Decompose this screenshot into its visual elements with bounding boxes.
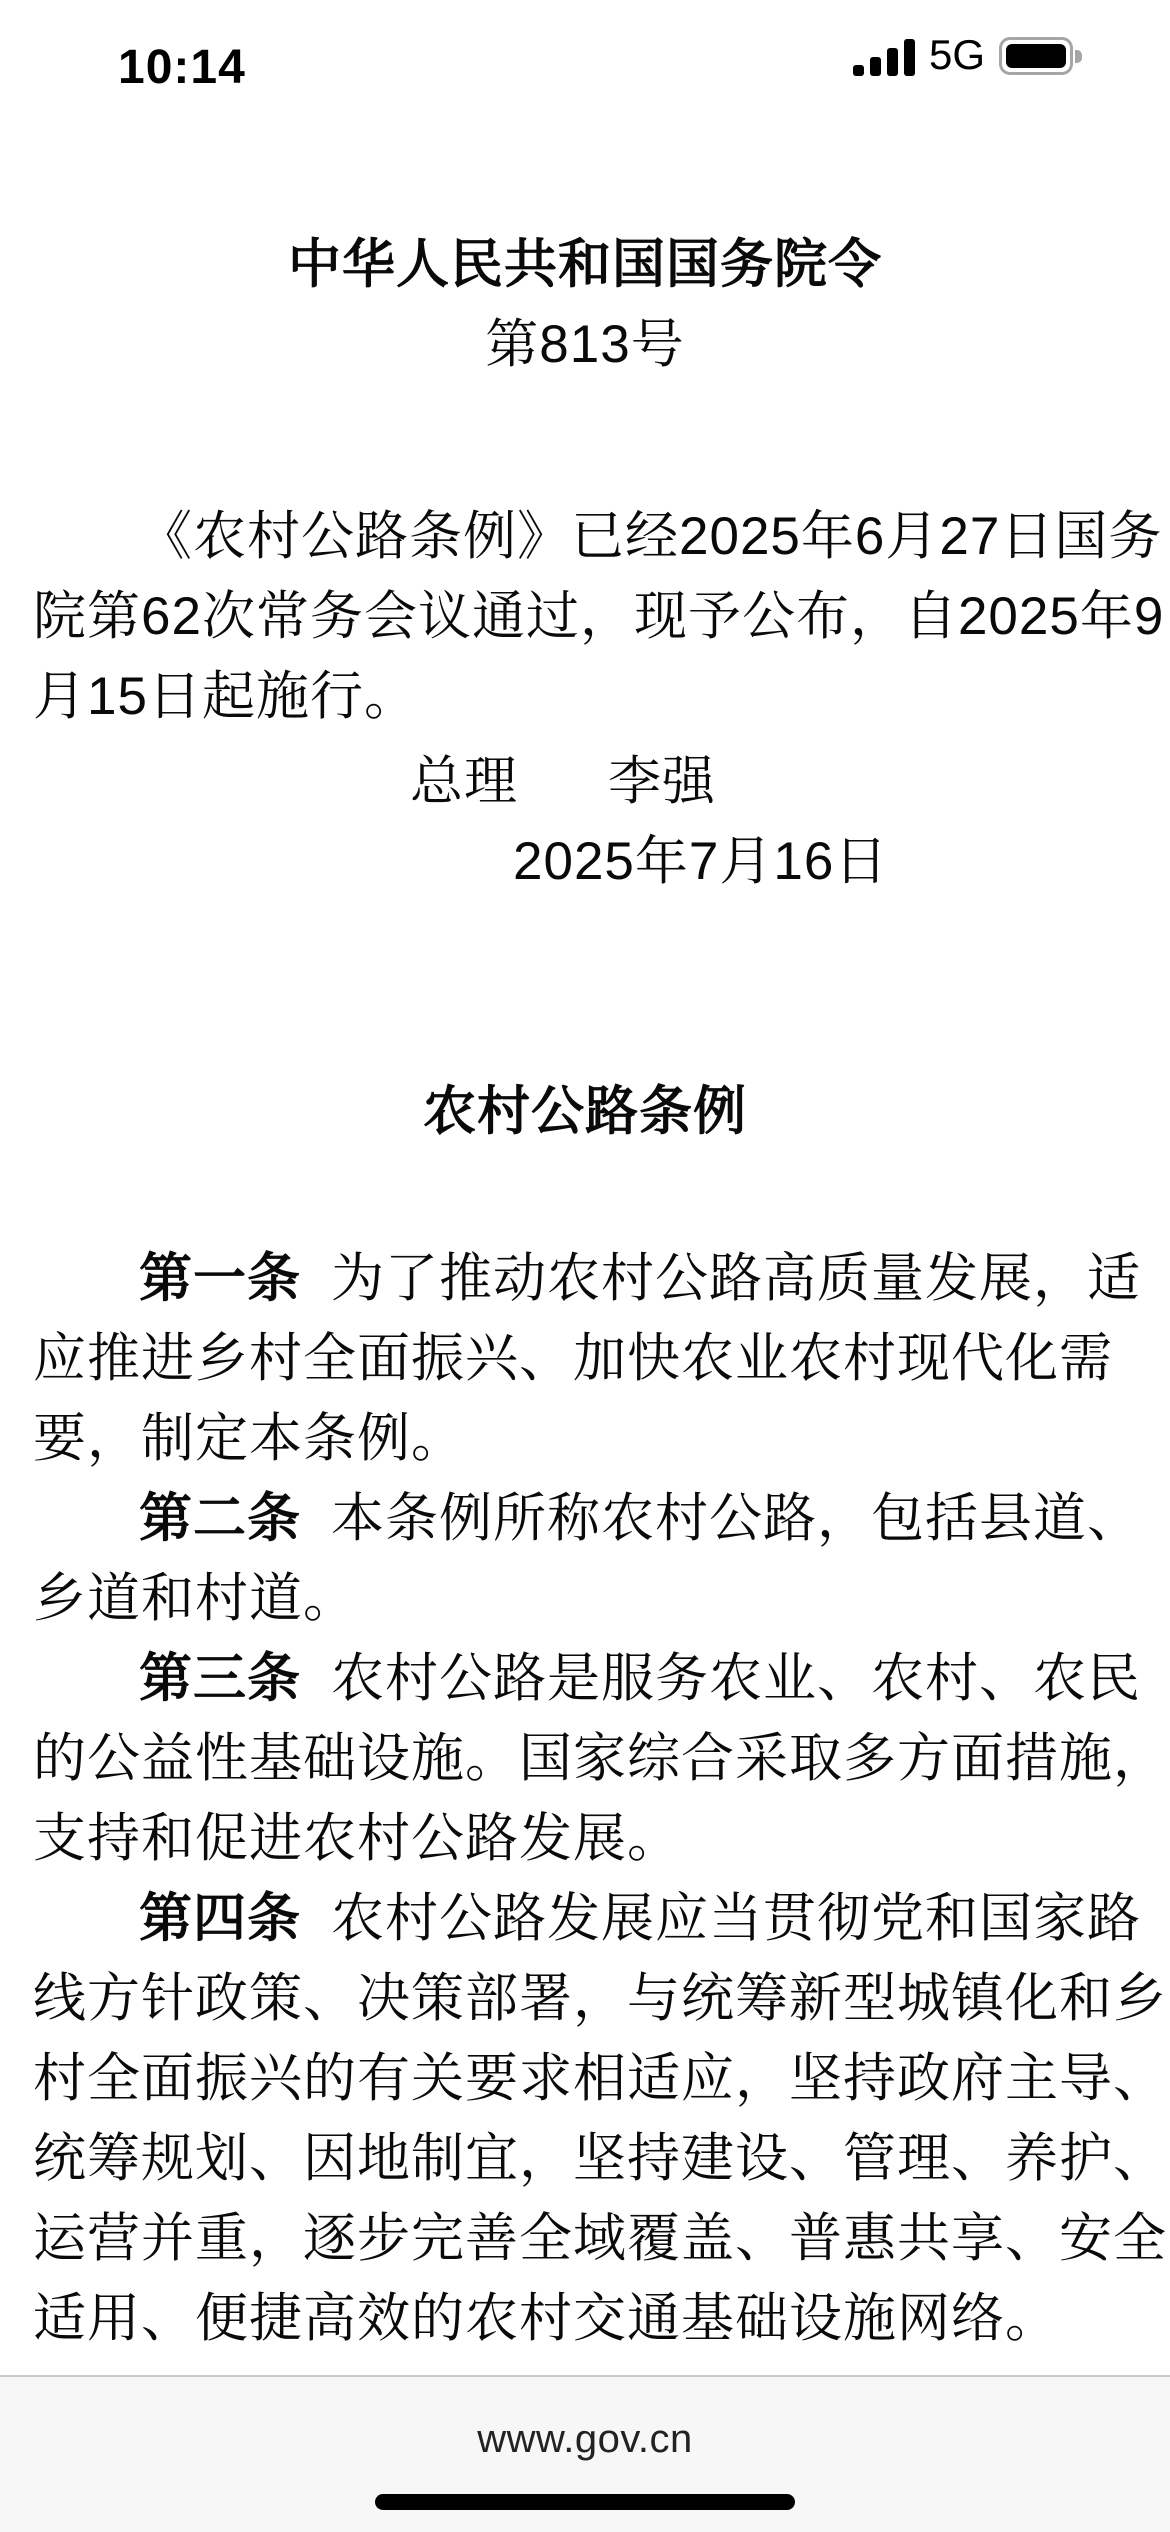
article-line: 统筹规划、因地制宜，坚持建设、管理、养护、 (33, 2119, 1137, 2199)
status-bar: 10:14 5G (0, 0, 1170, 100)
article-label: 第三条 (139, 1649, 301, 1708)
article-label: 第二条 (139, 1489, 301, 1548)
article-3: 第三条农村公路是服务农业、农村、农民 的公益性基础设施。国家综合采取多方面措施，… (33, 1639, 1137, 1879)
battery-icon (999, 37, 1082, 75)
article-line: 的公益性基础设施。国家综合采取多方面措施， (33, 1719, 1137, 1799)
article-line: 运营并重，逐步完善全域覆盖、普惠共享、安全 (33, 2199, 1137, 2279)
battery-nub (1075, 50, 1082, 63)
status-bar-right-cluster: 5G (853, 0, 1082, 100)
article-text: 农村公路是服务农业、农村、农民 (331, 1649, 1141, 1708)
order-title: 中华人民共和国国务院令 (33, 225, 1137, 305)
signature-block: 总理李强 2025年7月16日 (33, 742, 1137, 902)
battery-fill (1006, 44, 1066, 68)
article-line: 第四条农村公路发展应当贯彻党和国家路 (33, 1879, 1137, 1959)
article-text: 农村公路发展应当贯彻党和国家路 (331, 1889, 1141, 1948)
promulgation-line: 《农村公路条例》已经2025年6月27日国务 (33, 497, 1137, 577)
article-line: 应推进乡村全面振兴、加快农业农村现代化需 (33, 1319, 1137, 1399)
article-text: 本条例所称农村公路，包括县道、 (331, 1489, 1141, 1548)
articles-section: 第一条为了推动农村公路高质量发展，适 应推进乡村全面振兴、加快农业农村现代化需 … (33, 1239, 1137, 2359)
order-number: 第813号 (33, 305, 1137, 385)
footer-site-url: www.gov.cn (0, 2418, 1170, 2460)
article-line: 乡道和村道。 (33, 1559, 1137, 1639)
battery-body (999, 37, 1073, 75)
signal-bar-1 (853, 65, 864, 76)
article-line: 第二条本条例所称农村公路，包括县道、 (33, 1479, 1137, 1559)
regulation-title: 农村公路条例 (33, 1072, 1137, 1152)
article-line: 第三条农村公路是服务农业、农村、农民 (33, 1639, 1137, 1719)
status-bar-time: 10:14 (118, 40, 246, 95)
document-content[interactable]: 中华人民共和国国务院令 第813号 《农村公路条例》已经2025年6月27日国务… (33, 100, 1137, 2359)
article-line: 第一条为了推动农村公路高质量发展，适 (33, 1239, 1137, 1319)
promulgation-paragraph: 《农村公路条例》已经2025年6月27日国务 院第62次常务会议通过，现予公布，… (33, 497, 1137, 737)
signer-title: 总理 (410, 752, 518, 811)
signal-bar-3 (887, 48, 898, 76)
footer-bar: www.gov.cn (0, 2375, 1170, 2532)
article-line: 支持和促进农村公路发展。 (33, 1799, 1137, 1879)
article-label: 第一条 (139, 1249, 301, 1308)
home-indicator[interactable] (375, 2494, 795, 2510)
promulgation-line: 院第62次常务会议通过，现予公布，自2025年9 (33, 577, 1137, 657)
article-line: 适用、便捷高效的农村交通基础设施网络。 (33, 2279, 1137, 2359)
article-1: 第一条为了推动农村公路高质量发展，适 应推进乡村全面振兴、加快农业农村现代化需 … (33, 1239, 1137, 1479)
signer-line: 总理李强 (33, 742, 1137, 822)
network-type-label: 5G (929, 31, 985, 79)
article-2: 第二条本条例所称农村公路，包括县道、 乡道和村道。 (33, 1479, 1137, 1639)
article-line: 要，制定本条例。 (33, 1399, 1137, 1479)
signal-bars-icon (853, 38, 921, 76)
article-text: 为了推动农村公路高质量发展，适 (331, 1249, 1141, 1308)
signer-name: 李强 (608, 752, 716, 811)
signal-bar-2 (870, 57, 881, 76)
promulgation-line: 月15日起施行。 (33, 657, 1137, 737)
signal-bar-4 (904, 39, 915, 76)
article-line: 线方针政策、决策部署，与统筹新型城镇化和乡 (33, 1959, 1137, 2039)
article-label: 第四条 (139, 1889, 301, 1948)
article-line: 村全面振兴的有关要求相适应，坚持政府主导、 (33, 2039, 1137, 2119)
article-4: 第四条农村公路发展应当贯彻党和国家路 线方针政策、决策部署，与统筹新型城镇化和乡… (33, 1879, 1137, 2359)
signature-date: 2025年7月16日 (33, 822, 1137, 902)
